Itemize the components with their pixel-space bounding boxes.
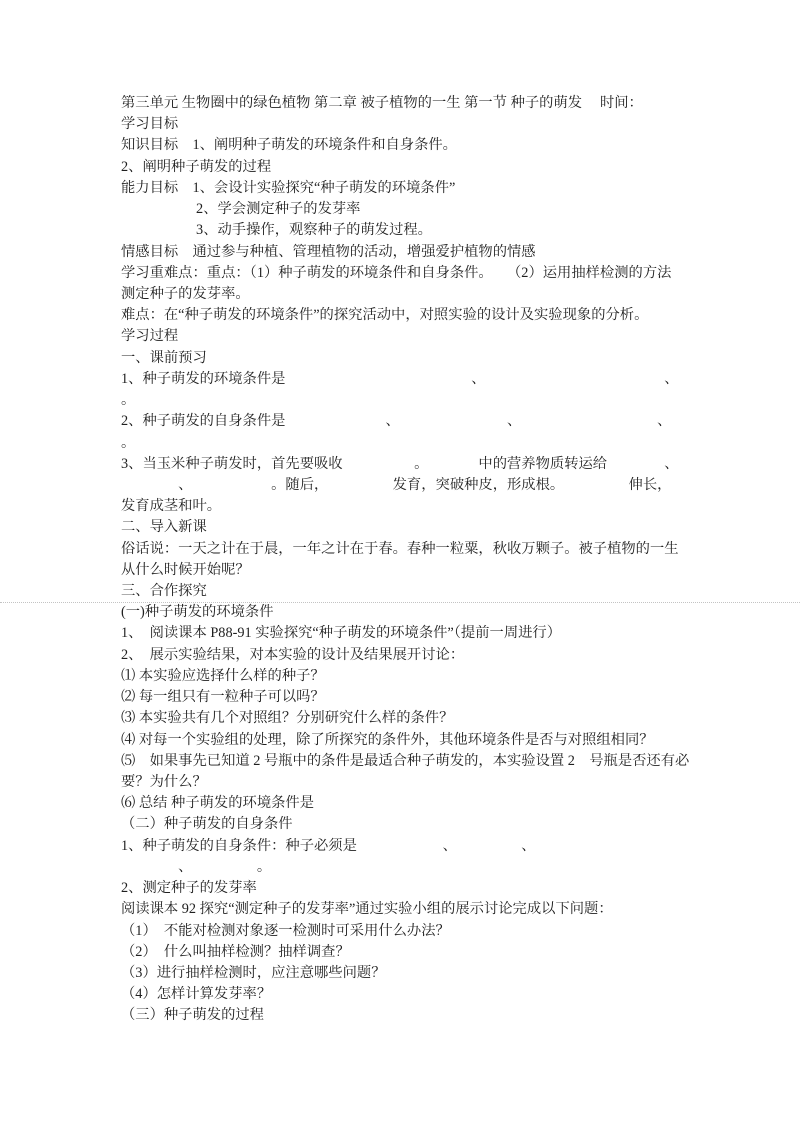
text-line: 知识目标 1、阐明种子萌发的环境条件和自身条件。 (121, 135, 761, 156)
fill-blank-line: 发育成茎和叶。 (121, 496, 761, 517)
section-heading-study-process: 学习过程 (121, 326, 761, 347)
fill-blank-line: 2、种子萌发的自身条件是 、 、 、 (121, 411, 761, 432)
text-line: 阅读课本 92 探究“测定种子的发芽率”通过实验小组的展示讨论完成以下问题： (121, 899, 761, 920)
question-line: （2） 什么叫抽样检测？抽样调查？ (121, 942, 761, 963)
text-line: 2、 展示实验结果，对本实验的设计及结果展开讨论： (121, 645, 761, 666)
text-line: 情感目标 通过参与种植、管理植物的活动，增强爱护植物的情感 (121, 242, 761, 263)
subsection-heading: （二）种子萌发的自身条件 (121, 814, 761, 835)
text-line: 难点：在“种子萌发的环境条件”的探究活动中，对照实验的设计及实验现象的分析。 (121, 305, 761, 326)
fill-blank-line: 、 。随后， 发育，突破种皮，形成根。 伸长， (121, 475, 761, 496)
fill-blank-line: 1、种子萌发的环境条件是 、 、 (121, 369, 761, 390)
text-line: 2、测定种子的发芽率 (121, 878, 761, 899)
text-line: 学习重难点：重点：（1）种子萌发的环境条件和自身条件。 （2）运用抽样检测的方法 (121, 263, 761, 284)
question-line: （4）怎样计算发芽率？ (121, 984, 761, 1005)
text-line: 俗话说：一天之计在于晨，一年之计在于春。春种一粒粟，秋收万颗子。被子植物的一生 (121, 539, 761, 560)
text-line: 从什么时候开始呢？ (121, 560, 761, 581)
text-line: 2、学会测定种子的发芽率 (121, 199, 761, 220)
document-page: 第三单元 生物圈中的绿色植物 第二章 被子植物的一生 第一节 种子的萌发 时间：… (0, 0, 800, 1132)
doc-title-line: 第三单元 生物圈中的绿色植物 第二章 被子植物的一生 第一节 种子的萌发 时间： (121, 93, 761, 114)
text-line: 能力目标 1、会设计实验探究“种子萌发的环境条件” (121, 178, 761, 199)
question-line: 要？为什么？ (121, 772, 761, 793)
question-line: ⑷ 对每一个实验组的处理，除了所探究的条件外，其他环境条件是否与对照组相同？ (121, 730, 761, 751)
question-line: ⑹ 总结 种子萌发的环境条件是 (121, 793, 761, 814)
text-line: 2、阐明种子萌发的过程 (121, 157, 761, 178)
fill-blank-line: 3、当玉米种子萌发时，首先要吸收 。 中的营养物质转运给 、 (121, 454, 761, 475)
section-heading-new-lesson: 二、导入新课 (121, 517, 761, 538)
text-line: 测定种子的发芽率。 (121, 284, 761, 305)
text-line: 1、 阅读课本 P88-91 实验探究“种子萌发的环境条件”（提前一周进行） (121, 623, 761, 644)
question-line: ⑸ 如果事先已知道 2 号瓶中的条件是最适合种子萌发的，本实验设置 2 号瓶是否… (121, 751, 761, 772)
text-line: 3、动手操作，观察种子的萌发过程。 (121, 220, 761, 241)
section-heading-study-goals: 学习目标 (121, 114, 761, 135)
fill-blank-line: 。 (121, 390, 761, 411)
fill-blank-line: 1、种子萌发的自身条件：种子必须是 、 、 (121, 836, 761, 857)
section-heading-preview: 一、课前预习 (121, 348, 761, 369)
question-line: ⑶ 本实验共有几个对照组？分别研究什么样的条件？ (121, 708, 761, 729)
question-line: （3）进行抽样检测时，应注意哪些问题？ (121, 963, 761, 984)
question-line: ⑴ 本实验应选择什么样的种子？ (121, 666, 761, 687)
question-line: ⑵ 每一组只有一粒种子可以吗？ (121, 687, 761, 708)
fill-blank-line: 、 。 (121, 857, 761, 878)
subsection-heading: （三）种子萌发的过程 (121, 1005, 761, 1026)
subsection-heading: (一)种子萌发的环境条件 (121, 602, 761, 623)
section-heading-cooperative-inquiry: 三、合作探究 (121, 581, 761, 602)
fill-blank-line: 。 (121, 433, 761, 454)
document-content: 第三单元 生物圈中的绿色植物 第二章 被子植物的一生 第一节 种子的萌发 时间：… (121, 93, 761, 1027)
question-line: （1） 不能对检测对象逐一检测时可采用什么办法？ (121, 921, 761, 942)
